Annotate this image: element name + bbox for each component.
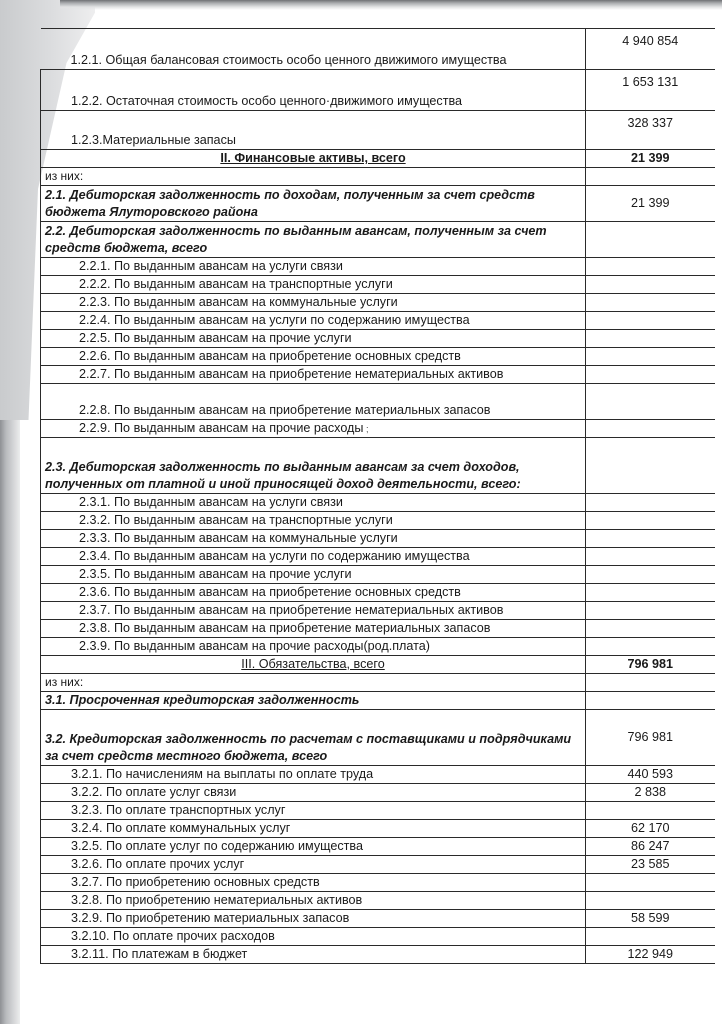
row-value (586, 638, 715, 656)
row-2-2-8: 2.2.8. По выданным авансам на приобретен… (41, 384, 715, 420)
row-3-2-11: 3.2.11. По платежам в бюджет122 949 (41, 946, 715, 964)
row-value (586, 692, 715, 710)
row-value (586, 566, 715, 584)
row-value (586, 312, 715, 330)
row-label: 3.1. Просроченная кредиторская задолженн… (41, 692, 586, 710)
row-3-2-7: 3.2.7. По приобретению основных средств (41, 874, 715, 892)
row-value (586, 258, 715, 276)
row-label: 2.2.6. По выданным авансам на приобретен… (41, 348, 586, 366)
row-2-1: 2.1. Дебиторская задолженность по дохода… (41, 186, 715, 222)
row-label: 2.3.7. По выданным авансам на приобретен… (41, 602, 586, 620)
scan-top-shadow (60, 0, 722, 10)
row-label: 2.3.8. По выданным авансам на приобретен… (41, 620, 586, 638)
row-label: 2.1. Дебиторская задолженность по дохода… (41, 186, 586, 222)
row-label: 3.2.10. По оплате прочих расходов (41, 928, 586, 946)
row-value (586, 674, 715, 692)
row-2-3-4: 2.3.4. По выданным авансам на услуги по … (41, 548, 715, 566)
row-value (586, 874, 715, 892)
row-value (586, 294, 715, 312)
row-1-2-1: 1.2.1. Общая балансовая стоимость особо … (41, 29, 715, 70)
row-3-2-10: 3.2.10. По оплате прочих расходов (41, 928, 715, 946)
row-value (586, 366, 715, 384)
row-value: 86 247 (586, 838, 715, 856)
row-label: 2.3.6. По выданным авансам на приобретен… (41, 584, 586, 602)
row-3-2-3: 3.2.3. По оплате транспортных услуг (41, 802, 715, 820)
row-label: 3.2.5. По оплате услуг по содержанию иму… (41, 838, 586, 856)
row-label: 2.2.9. По выданным авансам на прочие рас… (41, 420, 586, 438)
row-value: 440 593 (586, 766, 715, 784)
row-label: 2.2.3. По выданным авансам на коммунальн… (41, 294, 586, 312)
row-3-2-8: 3.2.8. По приобретению нематериальных ак… (41, 892, 715, 910)
row-value (586, 330, 715, 348)
row-label: 2.2.2. По выданным авансам на транспортн… (41, 276, 586, 294)
row-2-3-5: 2.3.5. По выданным авансам на прочие усл… (41, 566, 715, 584)
row-3-2-2: 3.2.2. По оплате услуг связи2 838 (41, 784, 715, 802)
row-label: 2.3.9. По выданным авансам на прочие рас… (41, 638, 586, 656)
row-label: из них: (41, 168, 586, 186)
row-value (586, 348, 715, 366)
row-value (586, 168, 715, 186)
row-label: 2.3.3. По выданным авансам на коммунальн… (41, 530, 586, 548)
row-label: 3.2.11. По платежам в бюджет (41, 946, 586, 964)
row-2-2-4: 2.2.4. По выданным авансам на услуги по … (41, 312, 715, 330)
row-value (586, 512, 715, 530)
row-value (586, 420, 715, 438)
row-2-2-5: 2.2.5. По выданным авансам на прочие усл… (41, 330, 715, 348)
row-label: 1.2.2. Остаточная стоимость особо ценног… (41, 70, 586, 111)
row-value (586, 602, 715, 620)
row-3-2: 3.2. Кредиторская задолженность по расче… (41, 710, 715, 766)
row-label: 3.2.8. По приобретению нематериальных ак… (41, 892, 586, 910)
row-value (586, 548, 715, 566)
row-label: 2.2.1. По выданным авансам на услуги свя… (41, 258, 586, 276)
row-label: 3.2.7. По приобретению основных средств (41, 874, 586, 892)
row-value: 796 981 (586, 656, 715, 674)
row-value: 4 940 854 (586, 29, 715, 70)
row-1-2-3: 1.2.3.Материальные запасы328 337 (41, 111, 715, 150)
row-value (586, 222, 715, 258)
row-2-3-3: 2.3.3. По выданным авансам на коммунальн… (41, 530, 715, 548)
row-label: из них: (41, 674, 586, 692)
row-3-1: 3.1. Просроченная кредиторская задолженн… (41, 692, 715, 710)
row-value: 122 949 (586, 946, 715, 964)
financial-report-page: 1.2.1. Общая балансовая стоимость особо … (40, 28, 714, 964)
row-2-3-6: 2.3.6. По выданным авансам на приобретен… (41, 584, 715, 602)
row-value (586, 530, 715, 548)
row-2-2: 2.2. Дебиторская задолженность по выданн… (41, 222, 715, 258)
row-2-3-8: 2.3.8. По выданным авансам на приобретен… (41, 620, 715, 638)
row-1-2-2: 1.2.2. Остаточная стоимость особо ценног… (41, 70, 715, 111)
row-value: 796 981 (586, 710, 715, 766)
row-label: 3.2.3. По оплате транспортных услуг (41, 802, 586, 820)
row-value (586, 438, 715, 494)
row-value (586, 892, 715, 910)
row-label: 2.3.1. По выданным авансам на услуги свя… (41, 494, 586, 512)
row-3-2-4: 3.2.4. По оплате коммунальных услуг62 17… (41, 820, 715, 838)
row-3-2-5: 3.2.5. По оплате услуг по содержанию иму… (41, 838, 715, 856)
row-2-3-1: 2.3.1. По выданным авансам на услуги свя… (41, 494, 715, 512)
row-3-2-1: 3.2.1. По начислениям на выплаты по опла… (41, 766, 715, 784)
row-label: II. Финансовые активы, всего (41, 150, 586, 168)
row-label: 3.2.1. По начислениям на выплаты по опла… (41, 766, 586, 784)
row-2-2-9: 2.2.9. По выданным авансам на прочие рас… (41, 420, 715, 438)
row-value (586, 384, 715, 420)
section-2-header: II. Финансовые активы, всего21 399 (41, 150, 715, 168)
row-label: 2.2.7. По выданным авансам на приобретен… (41, 366, 586, 384)
row-2-2-2: 2.2.2. По выданным авансам на транспортн… (41, 276, 715, 294)
row-value (586, 620, 715, 638)
row-label: 1.2.1. Общая балансовая стоимость особо … (41, 29, 586, 70)
section-3-of-them: из них: (41, 674, 715, 692)
row-value (586, 584, 715, 602)
row-2-2-6: 2.2.6. По выданным авансам на приобретен… (41, 348, 715, 366)
row-value: 1 653 131 (586, 70, 715, 111)
row-value: 23 585 (586, 856, 715, 874)
row-label: 2.3.4. По выданным авансам на услуги по … (41, 548, 586, 566)
row-value: 2 838 (586, 784, 715, 802)
scan-speck: ; (366, 424, 369, 434)
row-label: 3.2.6. По оплате прочих услуг (41, 856, 586, 874)
row-label: 3.2.2. По оплате услуг связи (41, 784, 586, 802)
row-value (586, 276, 715, 294)
row-label: 2.2. Дебиторская задолженность по выданн… (41, 222, 586, 258)
section-3-header: III. Обязательства, всего796 981 (41, 656, 715, 674)
balance-table: 1.2.1. Общая балансовая стоимость особо … (40, 28, 715, 964)
row-value: 58 599 (586, 910, 715, 928)
row-label: 3.2.9. По приобретению материальных запа… (41, 910, 586, 928)
row-value: 328 337 (586, 111, 715, 150)
section-2-of-them: из них: (41, 168, 715, 186)
row-value: 21 399 (586, 186, 715, 222)
row-label: 2.3.5. По выданным авансам на прочие усл… (41, 566, 586, 584)
row-label: 1.2.3.Материальные запасы (41, 111, 586, 150)
row-label: 3.2. Кредиторская задолженность по расче… (41, 710, 586, 766)
row-label: III. Обязательства, всего (41, 656, 586, 674)
row-3-2-6: 3.2.6. По оплате прочих услуг23 585 (41, 856, 715, 874)
row-value (586, 928, 715, 946)
row-2-2-7: 2.2.7. По выданным авансам на приобретен… (41, 366, 715, 384)
row-label: 2.3.2. По выданным авансам на транспортн… (41, 512, 586, 530)
row-2-3-9: 2.3.9. По выданным авансам на прочие рас… (41, 638, 715, 656)
row-2-2-3: 2.2.3. По выданным авансам на коммунальн… (41, 294, 715, 312)
row-2-2-1: 2.2.1. По выданным авансам на услуги свя… (41, 258, 715, 276)
row-label: 2.2.4. По выданным авансам на услуги по … (41, 312, 586, 330)
row-label: 2.2.5. По выданным авансам на прочие усл… (41, 330, 586, 348)
row-2-3: 2.3. Дебиторская задолженность по выданн… (41, 438, 715, 494)
row-2-3-7: 2.3.7. По выданным авансам на приобретен… (41, 602, 715, 620)
row-label: 2.2.8. По выданным авансам на приобретен… (41, 384, 586, 420)
row-3-2-9: 3.2.9. По приобретению материальных запа… (41, 910, 715, 928)
row-2-3-2: 2.3.2. По выданным авансам на транспортн… (41, 512, 715, 530)
row-label: 3.2.4. По оплате коммунальных услуг (41, 820, 586, 838)
row-label: 2.3. Дебиторская задолженность по выданн… (41, 438, 586, 494)
row-value (586, 802, 715, 820)
row-value: 62 170 (586, 820, 715, 838)
row-value (586, 494, 715, 512)
row-value: 21 399 (586, 150, 715, 168)
